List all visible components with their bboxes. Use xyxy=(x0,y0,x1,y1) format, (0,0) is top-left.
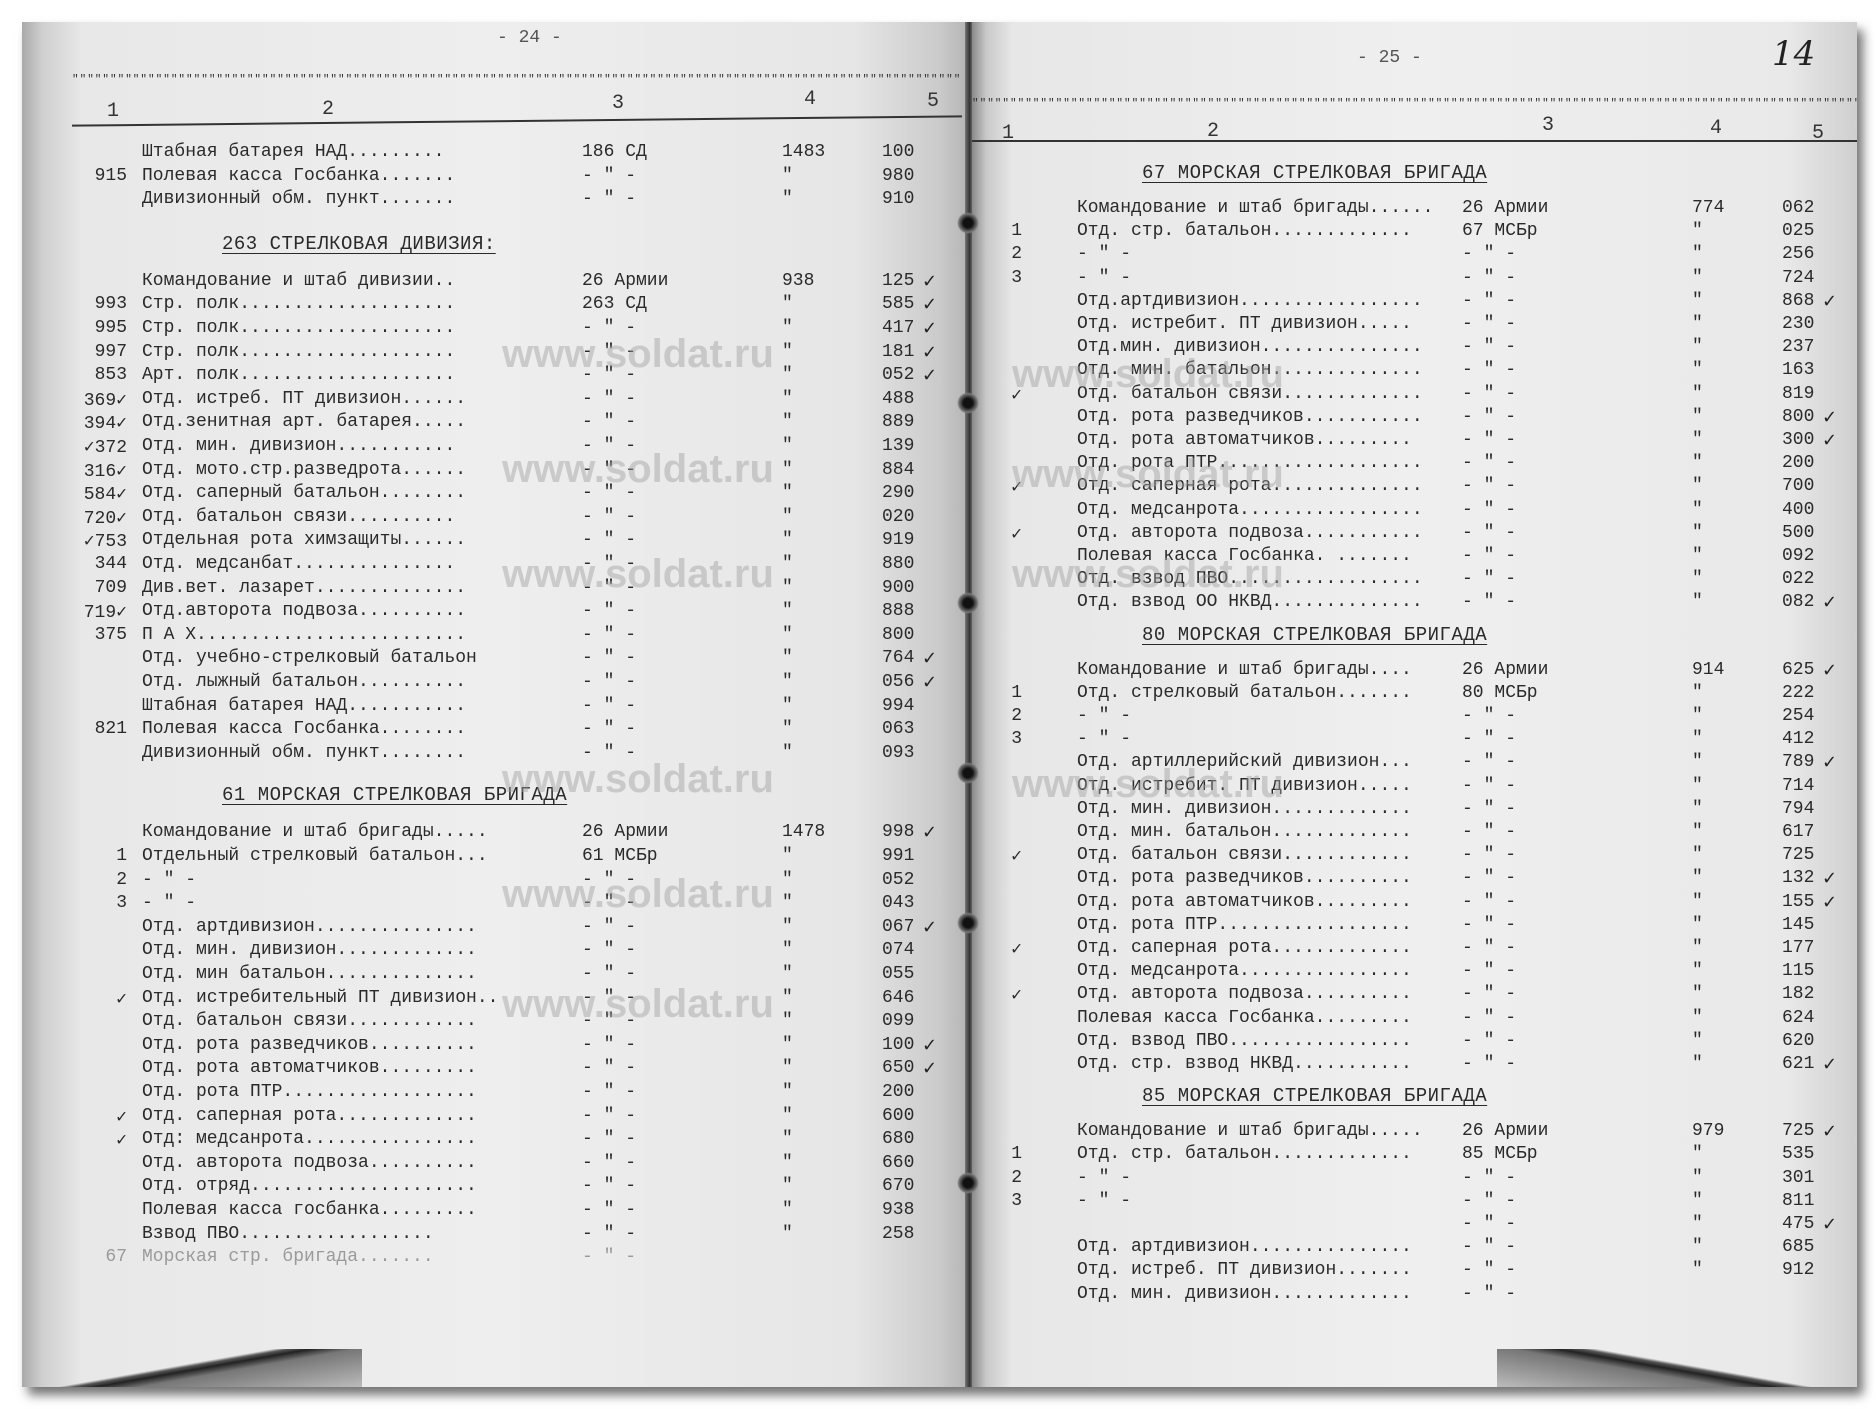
table-row: 3 - " - - " - " 412 xyxy=(972,729,1857,751)
field-post-code: " xyxy=(782,1200,793,1220)
field-post-code: " xyxy=(782,1082,793,1102)
subordination: - " - xyxy=(1462,1054,1516,1074)
unit-name: Полевая касса Госбанка......... xyxy=(1077,1008,1412,1028)
table-row: 369✓ Отд. истреб. ПТ дивизион...... - " … xyxy=(22,389,967,411)
unit-code: 412 xyxy=(1782,729,1814,749)
table-row: Полевая касса Госбанка. ....... - " - " … xyxy=(972,546,1857,568)
unit-code: 789 xyxy=(1782,752,1814,772)
field-post-code: " xyxy=(782,870,793,890)
table-row: Отд. рота разведчиков.......... - " - " … xyxy=(22,1035,967,1057)
field-post-code: " xyxy=(782,1224,793,1244)
unit-code: 256 xyxy=(1782,244,1814,264)
unit-code: 254 xyxy=(1782,706,1814,726)
table-row: 720✓ Отд. батальон связи.......... - " -… xyxy=(22,507,967,529)
unit-code: 100 xyxy=(882,142,914,162)
quote-rule: """"""""""""""""""""""""""""""""""""""""… xyxy=(972,98,1857,108)
table-row: ✓ Отд. авторота подвоза.......... - " - … xyxy=(972,984,1857,1006)
check-mark-icon: ✓ xyxy=(922,917,937,938)
unit-code: 056 xyxy=(882,672,914,692)
unit-code: 685 xyxy=(1782,1237,1814,1257)
unit-name: Отд. авторота подвоза........... xyxy=(1077,523,1423,543)
unit-code: 063 xyxy=(882,719,914,739)
unit-name: Отд. мин. батальон.............. xyxy=(1077,360,1423,380)
unit-code: 155 xyxy=(1782,892,1814,912)
table-row: Отд. рота разведчиков........... - " - "… xyxy=(972,407,1857,429)
field-post-code: " xyxy=(1692,221,1703,241)
field-post-code: 914 xyxy=(1692,660,1724,680)
unit-name: Отд. саперный батальон........ xyxy=(142,483,466,503)
field-post-code: " xyxy=(1692,244,1703,264)
subordination: - " - xyxy=(582,917,636,937)
unit-name: - " - xyxy=(1077,244,1131,264)
unit-name: Отд. рота ПТР.................. xyxy=(1077,915,1412,935)
subordination: - " - xyxy=(1462,268,1516,288)
field-post-code: " xyxy=(1692,799,1703,819)
unit-name: Отдельный стрелковый батальон... xyxy=(142,846,488,866)
unit-name: - " - xyxy=(142,870,196,890)
table-row: Отд. рота разведчиков.......... - " - " … xyxy=(972,868,1857,890)
table-row: 853 Арт. полк.................... - " - … xyxy=(22,365,967,387)
table-row: 3 - " - - " - " 811 xyxy=(972,1191,1857,1213)
unit-name: Отдельная рота химзащиты...... xyxy=(142,530,466,550)
table-row: Штабная батарея НАД......... 186 СД 1483… xyxy=(22,142,967,164)
field-post-code: " xyxy=(782,625,793,645)
subordination: - " - xyxy=(582,483,636,503)
field-post-code: " xyxy=(1692,706,1703,726)
unit-name: Стр. полк.................... xyxy=(142,318,455,338)
field-post-code: " xyxy=(1692,500,1703,520)
field-post-code: " xyxy=(782,893,793,913)
unit-name: Див.вет. лазарет.............. xyxy=(142,578,466,598)
unit-name: Штабная батарея НАД......... xyxy=(142,142,444,162)
field-post-code: " xyxy=(782,601,793,621)
header-rule xyxy=(972,140,1857,142)
subordination: - " - xyxy=(582,318,636,338)
unit-name: Отд. отряд..................... xyxy=(142,1176,477,1196)
unit-code: 998 xyxy=(882,822,914,842)
subordination: - " - xyxy=(582,460,636,480)
table-row: 993 Стр. полк.................... 263 СД… xyxy=(22,294,967,316)
subordination: - " - xyxy=(1462,291,1516,311)
unit-name: Отд.авторота подвоза.......... xyxy=(142,601,466,621)
subordination: - " - xyxy=(582,436,636,456)
unit-code: 535 xyxy=(1782,1144,1814,1164)
field-post-code: " xyxy=(1692,1237,1703,1257)
unit-name: Командование и штаб бригады...... xyxy=(1077,198,1433,218)
subordination: - " - xyxy=(582,1082,636,1102)
table-row: Отд.мин. дивизион............... - " - "… xyxy=(972,337,1857,359)
field-post-code: " xyxy=(782,1153,793,1173)
open-book-scan: - 24 - """""""""""""""""""""""""""""""""… xyxy=(22,22,1857,1387)
subordination: - " - xyxy=(582,166,636,186)
unit-code: 125 xyxy=(882,271,914,291)
unit-code: 900 xyxy=(882,578,914,598)
table-row: Отд. рота ПТР.................. - " - " … xyxy=(22,1082,967,1104)
unit-code: 938 xyxy=(882,1200,914,1220)
table-row: Отд. взвод ПВО.................. - " - "… xyxy=(972,569,1857,591)
check-mark-icon: ✓ xyxy=(1822,592,1837,613)
subordination: - " - xyxy=(582,940,636,960)
subordination: - " - xyxy=(582,412,636,432)
field-post-code: " xyxy=(1692,592,1703,612)
unit-name: Отд.артдивизион................. xyxy=(1077,291,1423,311)
field-post-code: 774 xyxy=(1692,198,1724,218)
field-post-code: 979 xyxy=(1692,1121,1724,1141)
check-mark-icon: ✓ xyxy=(1822,407,1837,428)
subordination: - " - xyxy=(1462,337,1516,357)
subordination: - " - xyxy=(582,365,636,385)
table-row: ✓ Отд. истребительный ПТ дивизион.. - " … xyxy=(22,988,967,1010)
subordination: - " - xyxy=(582,696,636,716)
subordination: - " - xyxy=(1462,546,1516,566)
field-post-code: " xyxy=(1692,868,1703,888)
unit-code: 222 xyxy=(1782,683,1814,703)
unit-name: Отд. рота автоматчиков......... xyxy=(142,1058,477,1078)
table-row: Отд. мин батальон.............. - " - " … xyxy=(22,964,967,986)
field-post-code: " xyxy=(782,460,793,480)
unit-code: 670 xyxy=(882,1176,914,1196)
right-page: - 25 - 14 """"""""""""""""""""""""""""""… xyxy=(972,22,1857,1387)
column-header-1: 1 xyxy=(107,100,119,123)
table-row: Отд.артдивизион................. - " - "… xyxy=(972,291,1857,313)
subordination: - " - xyxy=(582,1176,636,1196)
subordination: - " - xyxy=(582,389,636,409)
row-number: 67 xyxy=(67,1247,127,1267)
field-post-code: " xyxy=(1692,938,1703,958)
unit-code: 417 xyxy=(882,318,914,338)
row-number: 719✓ xyxy=(67,601,127,623)
subordination: 26 Армии xyxy=(582,822,668,842)
unit-name: Отд. взвод ОО НКВД.............. xyxy=(1077,592,1423,612)
unit-code: 074 xyxy=(882,940,914,960)
subordination: - " - xyxy=(582,719,636,739)
left-page: - 24 - """""""""""""""""""""""""""""""""… xyxy=(22,22,967,1387)
table-row: 2 - " - - " - " 301 xyxy=(972,1168,1857,1190)
subordination: - " - xyxy=(1462,360,1516,380)
table-row: ✓ Отд. саперная рота.............. - " -… xyxy=(972,476,1857,498)
unit-code: 660 xyxy=(882,1153,914,1173)
table-row: 394✓ Отд.зенитная арт. батарея..... - " … xyxy=(22,412,967,434)
row-number: ✓753 xyxy=(67,530,127,552)
unit-code: 093 xyxy=(882,743,914,763)
unit-name: Отд. батальон связи............. xyxy=(1077,384,1423,404)
subordination: - " - xyxy=(1462,752,1516,772)
field-post-code: " xyxy=(782,988,793,1008)
field-post-code: " xyxy=(782,483,793,503)
table-row: ✓ Отд. авторота подвоза........... - " -… xyxy=(972,523,1857,545)
unit-name: Дивизионный обм. пункт....... xyxy=(142,189,455,209)
row-number: 344 xyxy=(67,554,127,574)
table-row: Отд. артдивизион............... - " - " … xyxy=(972,1237,1857,1259)
quote-rule: """"""""""""""""""""""""""""""""""""""""… xyxy=(72,74,962,84)
row-number: 2 xyxy=(972,1168,1022,1188)
unit-code: 132 xyxy=(1782,868,1814,888)
table-row: 821 Полевая касса Госбанка........ - " -… xyxy=(22,719,967,741)
table-row: Штабная батарея НАД........... - " - " 9… xyxy=(22,696,967,718)
subordination: - " - xyxy=(582,870,636,890)
field-post-code: " xyxy=(782,554,793,574)
table-row: Отд. взвод ОО НКВД.............. - " - "… xyxy=(972,592,1857,614)
unit-code: 300 xyxy=(1782,430,1814,450)
table-row: Командование и штаб дивизии.. 26 Армии 9… xyxy=(22,271,967,293)
unit-name: Отд: медсанрота................ xyxy=(142,1129,477,1149)
check-mark-icon: ✓ xyxy=(1822,660,1837,681)
unit-name: Отд. саперная рота............. xyxy=(142,1106,477,1126)
table-row: 1 Отд. стр. батальон............. 67 МСБ… xyxy=(972,221,1857,243)
check-mark-icon: ✓ xyxy=(1822,1214,1837,1235)
field-post-code: " xyxy=(782,436,793,456)
field-post-code: " xyxy=(782,189,793,209)
subordination: - " - xyxy=(1462,845,1516,865)
subordination: - " - xyxy=(582,530,636,550)
subordination: - " - xyxy=(1462,1008,1516,1028)
page-curl xyxy=(1497,1349,1857,1387)
row-number: 709 xyxy=(67,578,127,598)
unit-name: Отд. мин батальон.............. xyxy=(142,964,477,984)
table-row: 67 Морская стр. бригада....... - " - xyxy=(22,1247,967,1269)
unit-name: Отд. стрелковый батальон....... xyxy=(1077,683,1412,703)
subordination: - " - xyxy=(582,964,636,984)
field-post-code: " xyxy=(782,672,793,692)
subordination: - " - xyxy=(1462,1260,1516,1280)
table-row: ✓ Отд. батальон связи............ - " - … xyxy=(972,845,1857,867)
table-row: ✓372 Отд. мин. дивизион........... - " -… xyxy=(22,436,967,458)
field-post-code: " xyxy=(782,743,793,763)
table-row: Отд. истребит. ПТ дивизион..... - " - " … xyxy=(972,314,1857,336)
subordination: - " - xyxy=(582,342,636,362)
check-mark-icon: ✓ xyxy=(922,271,937,292)
unit-name: - " - xyxy=(142,893,196,913)
field-post-code: 938 xyxy=(782,271,814,291)
subordination: - " - xyxy=(1462,1031,1516,1051)
table-row: Отд. медсанрота................ - " - " … xyxy=(972,961,1857,983)
table-row: Отд. медсанрота................. - " - "… xyxy=(972,500,1857,522)
unit-name: Отд. медсанрота................. xyxy=(1077,500,1423,520)
check-mark-icon: ✓ xyxy=(922,648,937,669)
table-row: Дивизионный обм. пункт....... - " - " 91… xyxy=(22,189,967,211)
table-row: 719✓ Отд.авторота подвоза.......... - " … xyxy=(22,601,967,623)
subordination: - " - xyxy=(582,1106,636,1126)
field-post-code: " xyxy=(782,917,793,937)
field-post-code: " xyxy=(782,365,793,385)
table-row: 1 Отд. стр. батальон............. 85 МСБ… xyxy=(972,1144,1857,1166)
field-post-code: " xyxy=(782,1035,793,1055)
unit-code: 043 xyxy=(882,893,914,913)
unit-name: Полевая касса Госбанка....... xyxy=(142,166,455,186)
unit-code: 055 xyxy=(882,964,914,984)
check-mark-icon: ✓ xyxy=(922,294,937,315)
unit-code: 600 xyxy=(882,1106,914,1126)
check-mark-icon: ✓ xyxy=(922,342,937,363)
table-row: ✓ Отд. саперная рота............. - " - … xyxy=(972,938,1857,960)
field-post-code: " xyxy=(782,412,793,432)
unit-code: 022 xyxy=(1782,569,1814,589)
field-post-code: " xyxy=(1692,683,1703,703)
subordination: - " - xyxy=(582,743,636,763)
subordination: - " - xyxy=(1462,244,1516,264)
unit-name: Отд. саперная рота............. xyxy=(1077,938,1412,958)
row-number: 915 xyxy=(67,166,127,186)
unit-code: 200 xyxy=(1782,453,1814,473)
unit-code: 290 xyxy=(882,483,914,503)
row-number: 993 xyxy=(67,294,127,314)
unit-code: 725 xyxy=(1782,1121,1814,1141)
table-row: Отд. артдивизион............... - " - " … xyxy=(22,917,967,939)
unit-code: 912 xyxy=(1782,1260,1814,1280)
unit-name: Отд. стр. батальон............. xyxy=(1077,1144,1412,1164)
column-header-4: 4 xyxy=(804,88,816,111)
unit-name: Полевая касса госбанка......... xyxy=(142,1200,477,1220)
subordination: 80 МСБр xyxy=(1462,683,1538,703)
unit-name: Отд. медсанрота................ xyxy=(1077,961,1412,981)
table-row: Отд. мин. батальон............. - " - " … xyxy=(972,822,1857,844)
check-mark-icon: ✓ xyxy=(1822,291,1837,312)
row-number: 1 xyxy=(972,683,1022,703)
unit-name: Полевая касса Госбанка........ xyxy=(142,719,466,739)
table-row: Командование и штаб бригады...... 26 Арм… xyxy=(972,198,1857,220)
table-row: 3 - " - - " - " 724 xyxy=(972,268,1857,290)
unit-code: 700 xyxy=(1782,476,1814,496)
unit-code: 301 xyxy=(1782,1168,1814,1188)
unit-name: Отд. истреб. ПТ дивизион...... xyxy=(142,389,466,409)
unit-name: Отд. батальон связи............ xyxy=(1077,845,1412,865)
column-header-3: 3 xyxy=(1542,114,1554,137)
unit-name: Отд. медсанбат............... xyxy=(142,554,455,574)
unit-code: 145 xyxy=(1782,915,1814,935)
field-post-code: " xyxy=(782,1058,793,1078)
row-number: 853 xyxy=(67,365,127,385)
subordination: - " - xyxy=(1462,822,1516,842)
row-number: 1 xyxy=(67,846,127,866)
field-post-code: 1483 xyxy=(782,142,825,162)
subordination: 67 МСБр xyxy=(1462,221,1538,241)
unit-name: Отд. батальон связи.......... xyxy=(142,507,455,527)
unit-code: 819 xyxy=(1782,384,1814,404)
row-number: 2 xyxy=(972,244,1022,264)
row-number: 394✓ xyxy=(67,412,127,434)
table-row: ✓753 Отдельная рота химзащиты...... - " … xyxy=(22,530,967,552)
row-number: ✓ xyxy=(67,1106,127,1128)
field-post-code: " xyxy=(782,1129,793,1149)
unit-name: Отд. авторота подвоза.......... xyxy=(1077,984,1412,1004)
unit-name: Отд. артдивизион............... xyxy=(1077,1237,1412,1257)
field-post-code: " xyxy=(782,166,793,186)
field-post-code: " xyxy=(782,1176,793,1196)
unit-code: 764 xyxy=(882,648,914,668)
subordination: - " - xyxy=(582,988,636,1008)
table-row: Отд. рота автоматчиков......... - " - " … xyxy=(22,1058,967,1080)
table-row: ✓ Отд. саперная рота............. - " - … xyxy=(22,1106,967,1128)
unit-code: 115 xyxy=(1782,961,1814,981)
column-header-5: 5 xyxy=(927,90,939,113)
unit-name: Отд. истребит. ПТ дивизион..... xyxy=(1077,314,1412,334)
subordination: - " - xyxy=(582,1011,636,1031)
unit-name: - " - xyxy=(1077,1191,1131,1211)
field-post-code: " xyxy=(782,578,793,598)
field-post-code: " xyxy=(1692,569,1703,589)
unit-code: 794 xyxy=(1782,799,1814,819)
subordination: 26 Армии xyxy=(1462,1121,1548,1141)
subordination: - " - xyxy=(1462,1168,1516,1188)
unit-code: 811 xyxy=(1782,1191,1814,1211)
unit-code: 624 xyxy=(1782,1008,1814,1028)
subordination: 26 Армии xyxy=(1462,660,1548,680)
row-number: ✓ xyxy=(972,845,1022,867)
table-row: 584✓ Отд. саперный батальон........ - " … xyxy=(22,483,967,505)
table-row: - " - " 475 ✓ xyxy=(972,1214,1857,1236)
unit-name: Отд. рота разведчиков........... xyxy=(1077,407,1423,427)
table-row: 375 П А Х......................... - " -… xyxy=(22,625,967,647)
table-row: Отд. истреб. ПТ дивизион....... - " - " … xyxy=(972,1260,1857,1282)
field-post-code: 1478 xyxy=(782,822,825,842)
field-post-code: " xyxy=(1692,1144,1703,1164)
unit-name: Командование и штаб дивизии.. xyxy=(142,271,455,291)
table-row: Отд. мин. дивизион............. - " - " … xyxy=(972,799,1857,821)
check-mark-icon: ✓ xyxy=(1822,430,1837,451)
subordination: - " - xyxy=(582,507,636,527)
table-row: 1 Отд. стрелковый батальон....... 80 МСБ… xyxy=(972,683,1857,705)
subordination: - " - xyxy=(1462,430,1516,450)
check-mark-icon: ✓ xyxy=(922,1058,937,1079)
table-row: 2 - " - - " - " 254 xyxy=(972,706,1857,728)
subordination: - " - xyxy=(582,672,636,692)
table-row: Полевая касса Госбанка......... - " - " … xyxy=(972,1008,1857,1030)
row-number: 3 xyxy=(67,893,127,913)
table-row: Отд. учебно-стрелковый батальон - " - " … xyxy=(22,648,967,670)
unit-code: 052 xyxy=(882,870,914,890)
table-row: ✓ Отд. батальон связи............. - " -… xyxy=(972,384,1857,406)
field-post-code: " xyxy=(1692,1260,1703,1280)
subordination: 263 СД xyxy=(582,294,647,314)
row-number: 995 xyxy=(67,318,127,338)
unit-code: 062 xyxy=(1782,198,1814,218)
unit-name: Отд. батальон связи............ xyxy=(142,1011,477,1031)
row-number: 3 xyxy=(972,1191,1022,1211)
subordination: - " - xyxy=(582,1035,636,1055)
unit-code: 400 xyxy=(1782,500,1814,520)
unit-name: Морская стр. бригада....... xyxy=(142,1247,434,1267)
field-post-code: " xyxy=(782,318,793,338)
unit-code: 585 xyxy=(882,294,914,314)
check-mark-icon: ✓ xyxy=(1822,752,1837,773)
field-post-code: " xyxy=(1692,523,1703,543)
page-number: - 24 - xyxy=(497,28,562,48)
archive-folio-number: 14 xyxy=(1772,34,1815,74)
column-header-2: 2 xyxy=(322,98,334,121)
row-number: 1 xyxy=(972,1144,1022,1164)
row-number: ✓ xyxy=(972,476,1022,498)
table-row: Командование и штаб бригады..... 26 Арми… xyxy=(22,822,967,844)
check-mark-icon: ✓ xyxy=(1822,892,1837,913)
unit-name: Отд. мин. дивизион............. xyxy=(142,940,477,960)
row-number: ✓ xyxy=(67,988,127,1010)
unit-name: Отд. рота автоматчиков......... xyxy=(1077,430,1412,450)
unit-code: 620 xyxy=(1782,1031,1814,1051)
table-row: Отд. лыжный батальон.......... - " - " 0… xyxy=(22,672,967,694)
check-mark-icon: ✓ xyxy=(922,672,937,693)
unit-code: 182 xyxy=(1782,984,1814,1004)
row-number: 2 xyxy=(67,870,127,890)
subordination: - " - xyxy=(1462,1237,1516,1257)
field-post-code: " xyxy=(1692,291,1703,311)
field-post-code: " xyxy=(1692,337,1703,357)
unit-code: 052 xyxy=(882,365,914,385)
unit-code: 980 xyxy=(882,166,914,186)
subordination: - " - xyxy=(1462,938,1516,958)
table-row: 3 - " - - " - " 043 xyxy=(22,893,967,915)
unit-name: Отд. учебно-стрелковый батальон xyxy=(142,648,477,668)
field-post-code: " xyxy=(782,530,793,550)
